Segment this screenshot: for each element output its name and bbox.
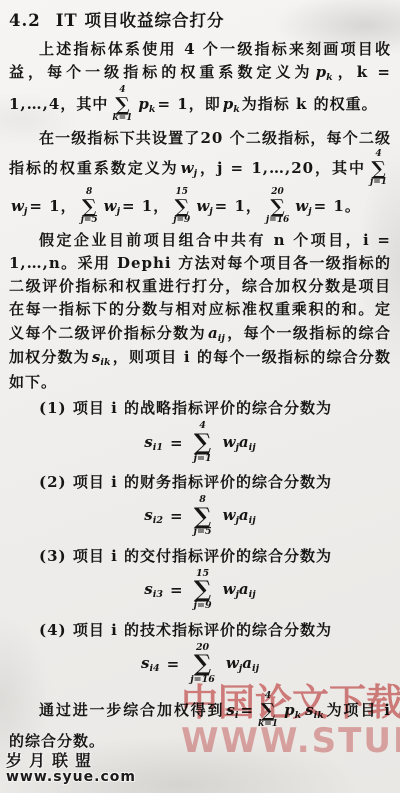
sum-lower-limit: k=1 [112, 114, 132, 124]
section-number: 4.2 [9, 11, 41, 30]
var-subscript: ij [252, 663, 259, 674]
summation: 15∑j=9 [173, 188, 190, 226]
var-subscript: j [194, 168, 197, 179]
var-subscript: ij [218, 333, 225, 344]
formula-lhs: si2 [144, 506, 163, 526]
paragraph-4: 通过进一步综合加权得到si=4∑k=1pksik为项目 i 的综合分数。 [9, 692, 391, 753]
var-subscript: ij [249, 515, 256, 526]
sum-lower-limit: j=16 [266, 216, 289, 226]
var-base: w [223, 580, 236, 598]
paragraph-text: 通过进一步综合加权得到 [39, 701, 224, 719]
var-base: p [223, 95, 234, 113]
summation: 20∑j=16 [266, 188, 289, 226]
item-label-3: (3) 项目 i 的交付指标评价的综合分数为 [9, 545, 391, 566]
sum-lower-limit: k=1 [258, 720, 278, 730]
sigma-symbol: ∑ [82, 198, 96, 216]
var-subscript: ik [100, 357, 110, 368]
sum-lower-limit: j=5 [81, 216, 98, 226]
scanned-paper-page: 4.2IT 项目收益综合打分 上述指标体系使用 4 个一级指标来刻画项目收益，每… [0, 0, 400, 793]
sum-lower-limit: j=5 [194, 527, 212, 537]
paragraph-text: = 1， [215, 197, 262, 215]
var-base: w [196, 197, 209, 215]
sigma-symbol: ∑ [194, 506, 211, 528]
var-base: w [223, 506, 236, 524]
equals-sign: = [170, 434, 183, 452]
paragraph-text: = 1，即 [157, 95, 220, 113]
var-subscript: k [295, 710, 302, 721]
summation: 8∑j=5 [81, 188, 98, 226]
var-subscript: i [235, 710, 239, 721]
paragraph-2: 在一级指标下共设置了20 个二级指标，每个二级指标的权重系数定义为wj，j = … [9, 127, 391, 226]
paragraph-3: 假定企业目前项目组合中共有 n 个项目，i = 1,…,n。采用 Dephi 方… [9, 229, 391, 395]
var-subscript: j [308, 206, 311, 217]
sigma-symbol: ∑ [270, 198, 284, 216]
summation: 20∑j=16 [190, 643, 215, 686]
var-base: a [239, 580, 249, 598]
paragraph-text: = 1， [122, 197, 169, 215]
var-base: p [138, 95, 149, 113]
summation: 15∑j=9 [194, 569, 212, 612]
var-base: a [208, 324, 218, 342]
equals-sign: = [170, 581, 183, 599]
section-title: IT 项目收益综合打分 [56, 11, 225, 30]
var-base: w [223, 433, 236, 451]
paragraph-text: = [240, 701, 254, 719]
sum-lower-limit: j=1 [194, 454, 212, 464]
var-subscript: k [149, 104, 156, 115]
formula-terms: wjaij [223, 433, 256, 453]
sigma-symbol: ∑ [194, 653, 211, 675]
var-base: w [226, 654, 239, 672]
paragraph-text: 为指标 k 的权重。 [242, 95, 378, 113]
item-label-4: (4) 项目 i 的技术指标评价的综合分数为 [9, 619, 391, 640]
var-base: a [239, 506, 249, 524]
math-var-pk: pk [316, 63, 333, 81]
var-subscript: k [326, 72, 333, 83]
formula-lhs: si4 [141, 654, 160, 674]
math-var-wj: wj [181, 159, 197, 177]
formula-finance-score: si2=8∑j=5wjaij [9, 495, 391, 538]
equals-sign: = [170, 507, 183, 525]
var-base: w [11, 197, 24, 215]
var-subscript: j [117, 206, 120, 217]
sigma-symbol: ∑ [194, 432, 211, 454]
sum-lower-limit: j=16 [190, 675, 215, 685]
var-base: a [239, 433, 249, 451]
formula-terms: wjaij [223, 506, 256, 526]
math-var-sik: sik [92, 348, 111, 366]
section-heading: 4.2IT 项目收益综合打分 [9, 7, 391, 31]
sum-lower-limit: j=1 [370, 178, 387, 188]
paragraph-text: 上述指标体系使用 4 个一级指标来刻画项目收益，每个一级指标的权重系数定义为 [9, 40, 391, 81]
formula-technology-score: si4=20∑j=16wjaij [9, 643, 391, 686]
sum-lower-limit: j=9 [194, 601, 212, 611]
math-var-sik: sik [305, 701, 324, 719]
item-label-1: (1) 项目 i 的战略指标评价的综合分数为 [9, 397, 391, 418]
var-base: s [144, 506, 152, 524]
summation: 4∑j=1 [194, 421, 212, 464]
sigma-symbol: ∑ [261, 702, 275, 720]
var-subscript: ij [249, 589, 256, 600]
paragraph-text: = 1， [29, 197, 76, 215]
math-var-pk: pk [223, 95, 240, 113]
var-base: s [144, 433, 152, 451]
var-base: a [242, 654, 252, 672]
var-base: w [181, 159, 194, 177]
math-var-aij: aij [208, 324, 225, 342]
var-subscript: ij [249, 442, 256, 453]
var-subscript: k [233, 104, 240, 115]
sigma-symbol: ∑ [371, 160, 385, 178]
formula-terms: wjaij [223, 580, 256, 600]
var-base: s [144, 580, 152, 598]
sigma-symbol: ∑ [194, 579, 211, 601]
sum-lower-limit: j=9 [173, 216, 190, 226]
formula-lhs: si3 [144, 580, 163, 600]
math-var-wj: wj [295, 197, 311, 215]
summation: 4∑j=1 [370, 150, 387, 188]
math-var-pk: pk [138, 95, 155, 113]
paragraph-text: = 1。 [314, 197, 361, 215]
var-subscript: i3 [153, 589, 163, 600]
watermark-syue: 岁月联盟 www.syue.com [6, 753, 136, 784]
var-subscript: i4 [149, 663, 159, 674]
var-subscript: ik [314, 710, 324, 721]
paragraph-text: ，j = 1,…,20，其中 [199, 159, 366, 177]
var-base: w [295, 197, 308, 215]
document-body: 4.2IT 项目收益综合打分 上述指标体系使用 4 个一级指标来刻画项目收益，每… [0, 0, 400, 753]
summation: 8∑j=5 [194, 495, 212, 538]
summation: 4∑k=1 [258, 692, 278, 730]
var-base: s [226, 701, 234, 719]
formula-strategy-score: si1=4∑j=1wjaij [9, 421, 391, 464]
var-subscript: i1 [153, 442, 163, 453]
math-var-wj: wj [104, 197, 120, 215]
summation: 4∑k=1 [112, 86, 132, 124]
formula-lhs: si1 [144, 433, 163, 453]
formula-delivery-score: si3=15∑j=9wjaij [9, 569, 391, 612]
formula-terms: wjaij [226, 654, 259, 674]
watermark-syue-url: www.syue.com [6, 770, 136, 785]
var-subscript: j [209, 206, 212, 217]
sigma-symbol: ∑ [175, 198, 189, 216]
var-subscript: j [24, 206, 27, 217]
sigma-symbol: ∑ [115, 96, 129, 114]
var-base: p [284, 701, 295, 719]
var-base: w [104, 197, 117, 215]
math-var-wj: wj [11, 197, 27, 215]
var-subscript: i2 [153, 515, 163, 526]
watermark-syue-chinese: 岁月联盟 [6, 753, 136, 770]
math-var-pk: pk [284, 701, 301, 719]
math-var-wj: wj [196, 197, 212, 215]
var-base: s [305, 701, 313, 719]
math-var-si: si [226, 701, 238, 719]
paragraph-1: 上述指标体系使用 4 个一级指标来刻画项目收益，每个一级指标的权重系数定义为pk… [9, 38, 391, 124]
item-label-2: (2) 项目 i 的财务指标评价的综合分数为 [9, 471, 391, 492]
var-base: p [316, 63, 327, 81]
equals-sign: = [167, 655, 180, 673]
